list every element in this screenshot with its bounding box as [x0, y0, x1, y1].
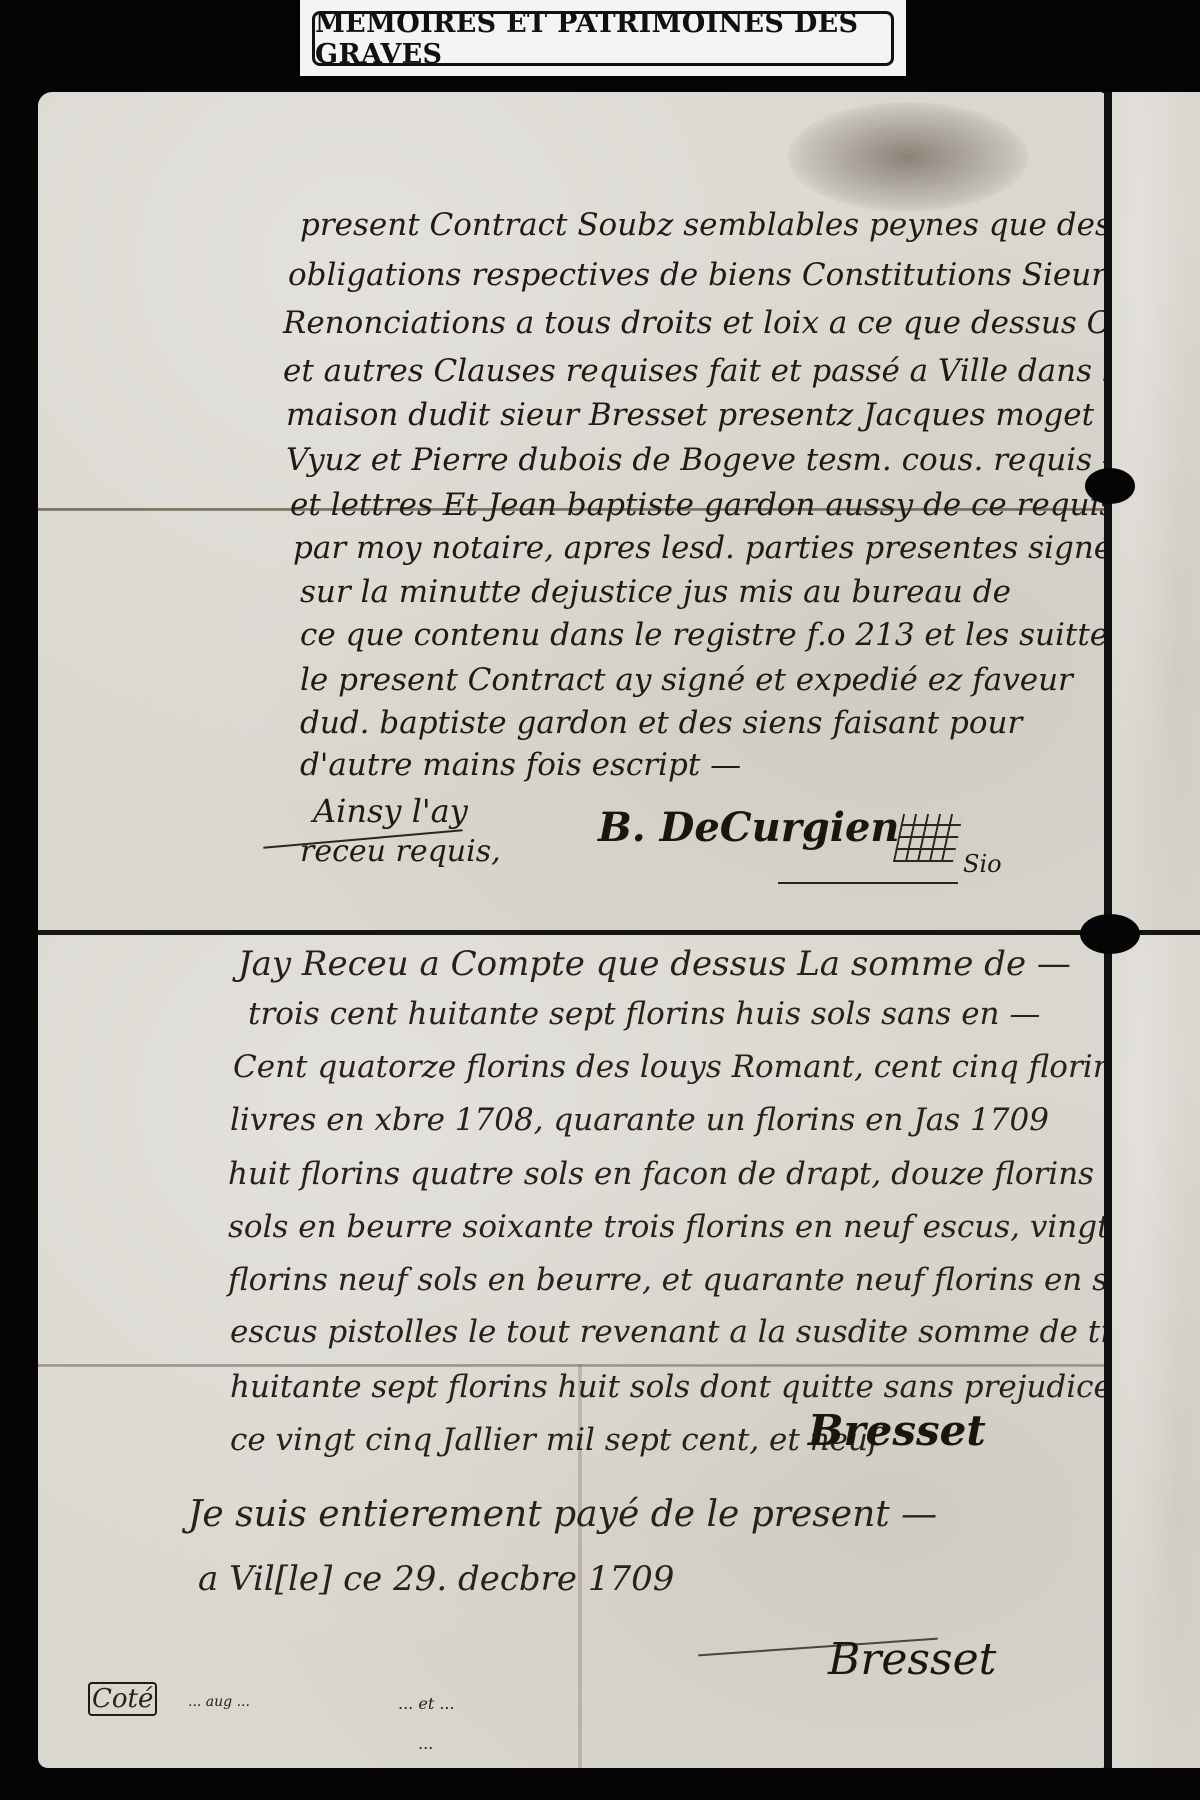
folded-panel-right-bottom	[1112, 934, 1200, 1768]
receipt-line: trois cent huitante sept florins huis so…	[248, 996, 1040, 1032]
banner-frame: MEMOIRES ET PATRIMOINES DES GRAVES	[312, 11, 894, 66]
marginal-note: ... et ...	[398, 1694, 455, 1713]
paraph-suffix: Sio	[963, 850, 1002, 878]
second-receipt-line: a Vil[le] ce 29. decbre 1709	[198, 1559, 674, 1599]
folded-panel-right-top	[1112, 92, 1200, 932]
banner-title: MEMOIRES ET PATRIMOINES DES GRAVES	[315, 8, 891, 70]
contract-line: d'autre mains fois escript —	[300, 747, 741, 783]
contract-line: ce que contenu dans le registre f.o 213 …	[300, 617, 1108, 653]
second-receipt-line: Je suis entierement payé de le present —	[188, 1494, 937, 1535]
receipt-line: livres en xbre 1708, quarante un florins…	[230, 1102, 1049, 1138]
fold-line-horizontal	[38, 1364, 1106, 1367]
notary-grid-mark	[893, 814, 963, 862]
notary-signature: B. DeCurgien	[598, 804, 899, 851]
contract-line: par moy notaire, apres lesd. parties pre…	[293, 530, 1112, 566]
contract-line: et lettres Et Jean baptiste gardon aussy…	[290, 487, 1115, 523]
fold-hole	[1085, 468, 1135, 504]
marginal-note: ...	[418, 1734, 433, 1753]
contract-line: et autres Clauses requises fait et passé…	[283, 353, 1130, 389]
receipt-line: florins neuf sols en beurre, et quarante…	[228, 1262, 1159, 1298]
receipt-line: sols en beurre soixante trois florins en…	[228, 1209, 1200, 1245]
contract-line: le present Contract ay signé et expedié …	[300, 662, 1073, 698]
receipt-line: escus pistolles le tout revenant a la su…	[230, 1314, 1200, 1350]
contract-line: present Contract Soubz semblables peynes…	[300, 207, 1200, 243]
contract-line: dud. baptiste gardon et des siens faisan…	[300, 705, 1022, 741]
receu-line: receu requis,	[300, 834, 501, 869]
receipt-signature: Bresset	[808, 1406, 986, 1455]
signature-underline	[778, 882, 958, 884]
receipt-line: Cent quatorze florins des louys Romant, …	[233, 1049, 1169, 1085]
receipt-line: huitante sept florins huit sols dont qui…	[230, 1369, 1200, 1405]
document-lower-panel: Jay Receu a Compte que dessus La somme d…	[38, 934, 1106, 1768]
receipt-line: ce vingt cinq Jallier mil sept cent, et …	[230, 1422, 879, 1458]
contract-line: sur la minutte dejustice jus mis au bure…	[300, 574, 1011, 610]
contract-line: maison dudit sieur Bresset presentz Jacq…	[286, 397, 1142, 433]
contract-line: obligations respectives de biens Constit…	[288, 257, 1163, 293]
marginal-cote: Coté	[88, 1682, 157, 1716]
archive-banner: MEMOIRES ET PATRIMOINES DES GRAVES	[300, 0, 906, 76]
receipt-line: huit florins quatre sols en facon de dra…	[228, 1156, 1200, 1192]
ainsy-line: Ainsy l'ay	[313, 792, 468, 830]
fold-hole	[1080, 914, 1140, 954]
second-signature: Bresset	[828, 1634, 996, 1685]
ink-stain	[788, 102, 1028, 212]
contract-line: Vyuz et Pierre dubois de Bogeve tesm. co…	[286, 442, 1133, 478]
contract-line: Renonciations a tous droits et loix a ce…	[283, 305, 1200, 341]
fold-gap-horizontal	[38, 930, 1200, 935]
receipt-line: Jay Receu a Compte que dessus La somme d…	[238, 944, 1071, 984]
marginal-note: ... aug ...	[188, 1694, 250, 1710]
document-upper-panel: present Contract Soubz semblables peynes…	[38, 92, 1106, 932]
